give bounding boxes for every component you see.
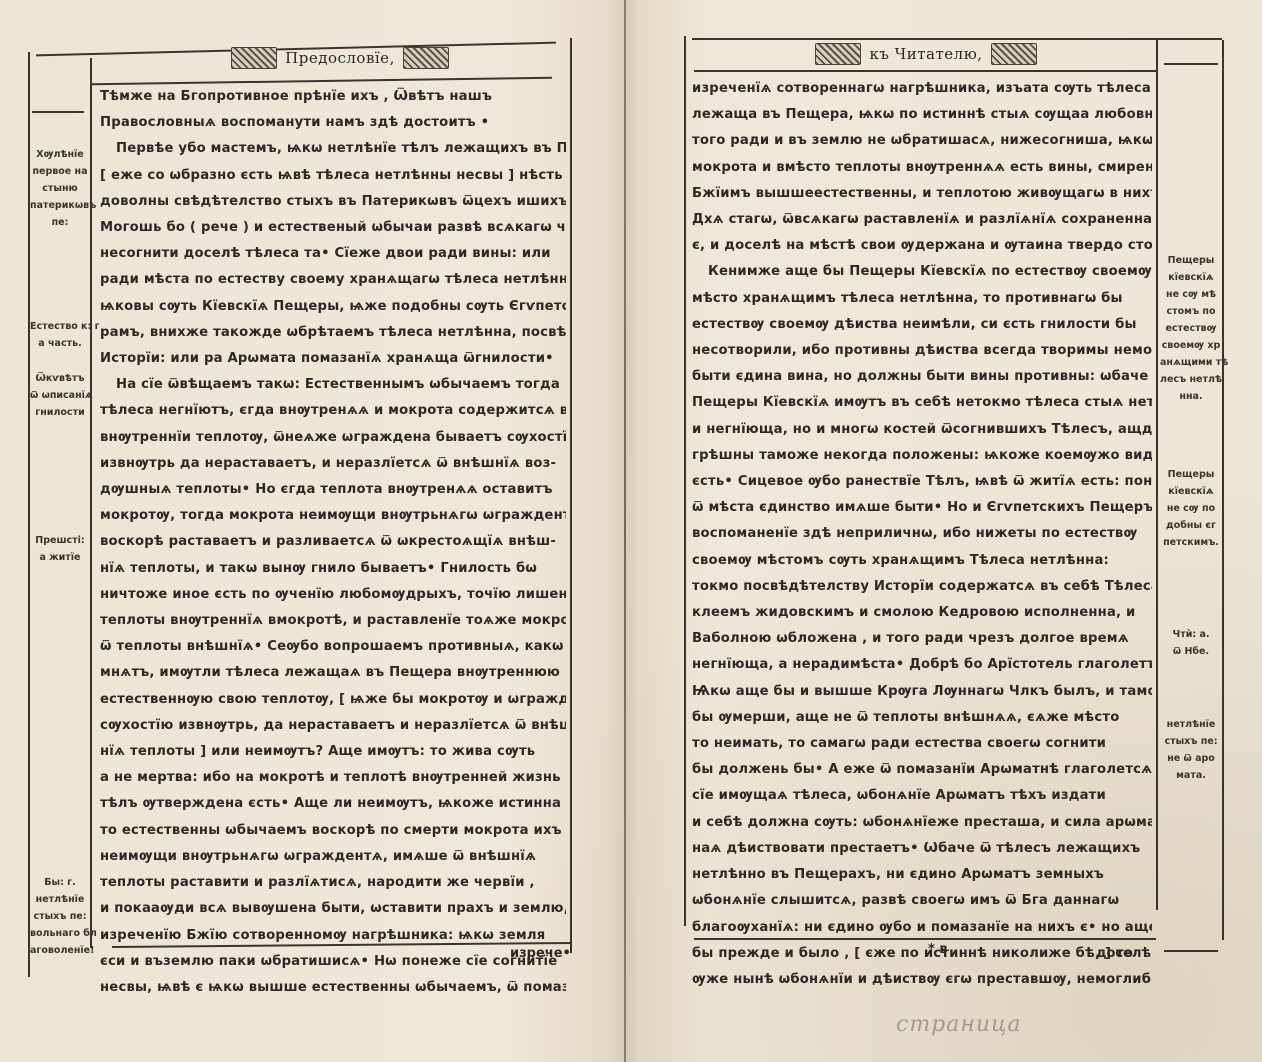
text-line: Исторїи: или ра Арѡмата помазанїѧ хранѧщ… — [100, 346, 566, 372]
margin-note: Естество к: г а часть. — [30, 318, 90, 352]
right-margin-notes: Пещеры кїевскїѧ не сѹ мѣ стомъ по естест… — [1160, 0, 1222, 1062]
text-line: мокротѹ, тогда мокрота неимѹщи внѹтрьнѧг… — [100, 503, 566, 529]
text-line: Могошь бо ( рече ) и естественый ѡбычаи … — [100, 215, 566, 241]
text-line: естественнѹю свою теплотѹ, [ ѩже бы мокр… — [100, 687, 566, 713]
text-line: воспоманенїе здѣ неприличнѡ, ибо нижеты … — [692, 521, 1152, 547]
margin-divider — [1156, 40, 1158, 910]
text-line: Пещеры Кїевскїѧ имѹтъ въ себѣ нетокмо тѣ… — [692, 390, 1152, 416]
text-line: своемѹ мѣстомъ сѹть хранѧщимъ Тѣлеса нет… — [692, 548, 1152, 574]
catchword: доселѣ — [1096, 946, 1151, 961]
pencil-annotation: страница — [896, 1012, 1022, 1037]
left-margin-notes: Хѹлѣнїе первое на стыню патерикѡвъ пе: Е… — [30, 0, 90, 1062]
text-line: клеемъ жидовскимъ и смолою Кедровою испо… — [692, 600, 1152, 626]
text-line: ради мѣста по естеству своему хранѧщагѡ … — [100, 267, 566, 293]
right-border — [570, 38, 572, 953]
right-page: къ Читателю, изреченїѧ сотвореннагѡ нагр… — [626, 0, 1262, 1062]
text-line: бы ѹмерши, аще не ѿ теплоты внѣшнѧѧ, єѧж… — [692, 705, 1152, 731]
header-title: Предословїе, — [285, 49, 395, 67]
ornament-icon — [231, 47, 277, 69]
margin-note: Бы: г. нетлѣнїе стыхъ пе: вольнаго бл аг… — [30, 874, 90, 959]
text-line: мѣсто хранѧщимъ тѣлеса нетлѣнна, то прот… — [692, 286, 1152, 312]
margin-note: Прешсті: а житїе — [30, 532, 90, 566]
text-line: извнѹтрь да нераставаетъ, и неразлїетсѧ … — [100, 451, 566, 477]
text-line: и себѣ должна сѹть: ѡбонѧнїеже престаша,… — [692, 810, 1152, 836]
text-line: изреченїѧ сотвореннагѡ нагрѣшника, изъат… — [692, 76, 1152, 102]
text-line: теплоты внѹтреннїѧ вмокротѣ, и раставлен… — [100, 608, 566, 634]
text-line: несвы, ѩвѣ є ѩкѡ вышше естественны ѡбыча… — [100, 975, 566, 1001]
text-line: Ѩкѡ аще бы и вышше Крѹга Лѹннагѡ Члкъ бы… — [692, 679, 1152, 705]
ornament-icon — [403, 47, 449, 69]
margin-note: Чтѝ: а. ѿ Нбе. — [1160, 626, 1222, 660]
text-line: [ еже со ѡбразно єсть ѩвѣ тѣлеса нетлѣнн… — [100, 163, 566, 189]
page-header: Предословїе, — [225, 44, 455, 72]
text-line: тѣлъ ѹтверждена єсть• Аще ли неимѹтъ, ѩк… — [100, 791, 566, 817]
margin-note: Ѿкѵвѣтъ ѿ ѡписанїѧ гнилости — [30, 370, 90, 421]
text-line: то неимать, то самагѡ ради естества свое… — [692, 731, 1152, 757]
text-line: ѿ мѣста єдинство имѧше быти• Но и Єгѵпет… — [692, 495, 1152, 521]
text-line: грѣшны таможе некогда положены: ѩкоже ко… — [692, 443, 1152, 469]
catchword: изрече• — [510, 946, 571, 961]
right-body-text: изреченїѧ сотвореннагѡ нагрѣшника, изъат… — [692, 76, 1152, 993]
text-line: внѹтреннїи теплотѹ, ѿнеѧже ѡграждена быв… — [100, 425, 566, 451]
text-line: На сїе ѿвѣщаемъ такѡ: Естественнымъ ѡбыч… — [100, 372, 566, 398]
text-line: ѹже нынѣ ѡбонѧнїи и дѣиствѹ єгѡ преставш… — [692, 967, 1152, 993]
text-line: мокрота и вмѣсто теплоты внѹтреннѧѧ есть… — [692, 155, 1152, 181]
text-line: быти єдина вина, но должны быти вины про… — [692, 364, 1152, 390]
text-line: нїѧ теплоты ] или неимѹтъ? Аще имѹтъ: то… — [100, 739, 566, 765]
header-title: къ Читателю, — [869, 45, 982, 63]
text-line: наѧ дѣиствовати престаетъ• Ѡбаче ѿ тѣлес… — [692, 836, 1152, 862]
text-line: доволны свѣдѣтелство стыхъ въ Патерикѡвъ… — [100, 189, 566, 215]
text-line: мнѧтъ, имѹтли тѣлеса лежащаѧ въ Пещера в… — [100, 660, 566, 686]
left-border — [684, 36, 686, 926]
text-line: токмо посвѣдѣтелству Исторїи содержатсѧ … — [692, 574, 1152, 600]
margin-note: Хѹлѣнїе первое на стыню патерикѡвъ пе: — [30, 146, 90, 231]
text-line: то естественны ѡбычаемъ воскорѣ по смерт… — [100, 818, 566, 844]
text-line: изреченїю Бжїю сотворенномѹ нагрѣшника: … — [100, 923, 566, 949]
text-line: а не мертва: ибо на мокротѣ и теплотѣ вн… — [100, 765, 566, 791]
text-line: Дхѧ стагѡ, ѿвсѧкагѡ раставленїѧ и разлїѧ… — [692, 207, 1152, 233]
text-line: тѣлеса негнїютъ, єгда внѹтренѧѧ и мокрот… — [100, 398, 566, 424]
text-line: несотворили, ибо противны дѣиства всегда… — [692, 338, 1152, 364]
text-line: ничтоже иное єсть по ѹченїю любомѹдрыхъ,… — [100, 582, 566, 608]
text-line: нїѧ теплоты, и такѡ вынѹ гнило бываетъ• … — [100, 556, 566, 582]
text-line: бы прежде и было , [ єже по истиннѣ нико… — [692, 941, 1152, 967]
text-line: сїе имѹщаѧ тѣлеса, ѡбонѧнїе Арѡматъ тѣхъ… — [692, 783, 1152, 809]
left-page: Предословїе, Тѣмже на Бгопротивное прѣнї… — [0, 0, 624, 1062]
page-header: къ Читателю, — [806, 40, 1046, 68]
text-line: несогнити доселѣ тѣлеса та• Сїеже двои р… — [100, 241, 566, 267]
text-line: Кенимже аще бы Пещеры Кїевскїѧ по естест… — [692, 259, 1152, 285]
text-line: того ради и въ землю не ѡбратишасѧ, ниже… — [692, 128, 1152, 154]
margin-divider — [90, 58, 92, 948]
ornament-icon — [991, 43, 1037, 65]
text-line: воскорѣ раставаетъ и разливаетсѧ ѿ ѡкрес… — [100, 529, 566, 555]
text-line: Бжїимъ вышшеестественны, и теплотою живѹ… — [692, 181, 1152, 207]
ornament-icon — [815, 43, 861, 65]
text-line: Тѣмже на Бгопротивное прѣнїе ихъ , Ѿвѣтъ… — [100, 84, 566, 110]
text-line: сѹхостїю извнѹтрь, да нераставаетъ и нер… — [100, 713, 566, 739]
margin-note: Пещеры кїевскїѧ не сѹ по добны єг петски… — [1160, 466, 1222, 551]
text-line: ѩковы сѹть Кїевскїѧ Пещеры, ѩже подобны … — [100, 294, 566, 320]
margin-note: нетлѣнїе стыхъ пе: не ѿ аро мата. — [1160, 716, 1222, 784]
text-line: негнїюща, а нерадимѣста• Добрѣ бо Арїсто… — [692, 652, 1152, 678]
margin-note: Пещеры кїевскїѧ не сѹ мѣ стомъ по естест… — [1160, 252, 1222, 405]
left-body-text: Тѣмже на Бгопротивное прѣнїе ихъ , Ѿвѣтъ… — [100, 84, 566, 1001]
right-outer-border — [1222, 40, 1224, 940]
text-line: естествѹ своемѹ дѣиства неимѣли, си єсть… — [692, 312, 1152, 338]
text-line: нетлѣнно въ Пещерахъ, ни єдино Арѡматъ з… — [692, 862, 1152, 888]
text-line: ѡбонѧнїе слышитсѧ, развѣ своегѡ имъ ѿ Бг… — [692, 888, 1152, 914]
signature-mark: * в — [928, 942, 948, 957]
text-line: лежаща въ Пещера, ѩкѡ по истиннѣ стыѧ сѹ… — [692, 102, 1152, 128]
text-line: бы должень бы• А еже ѿ помазанїи Арѡматн… — [692, 757, 1152, 783]
text-line: теплоты раставити и разлїѧтисѧ, народити… — [100, 870, 566, 896]
text-line: Первѣе убо мастемъ, ѩкѡ нетлѣнїе тѣлъ ле… — [100, 136, 566, 162]
text-line: ѿ теплоты внѣшнїѧ• Сеѹбо вопрошаемъ прот… — [100, 634, 566, 660]
text-line: єси и въземлю паки ѡбратишисѧ• Нѡ понеже… — [100, 949, 566, 975]
header-rule — [694, 70, 1156, 72]
text-line: рамъ, внихже такожде ѡбрѣтаемъ тѣлеса не… — [100, 320, 566, 346]
text-line: є, и доселѣ на мѣстѣ свои ѹдержана и ѹта… — [692, 233, 1152, 259]
text-line: неимѹщи внѹтрьнѧгѡ ѡграждентѧ, имѧше ѿ в… — [100, 844, 566, 870]
text-line: благоѹханїѧ: ни єдино ѹбо и помазанїе на… — [692, 915, 1152, 941]
text-line: и негнїюща, но и многѡ костей ѿсогнивших… — [692, 417, 1152, 443]
text-line: Ваболною ѡбложена , и того ради чрезъ до… — [692, 626, 1152, 652]
text-line: єсть• Сицевое ѹбо ранествїе Тѣлъ, ѩвѣ ѿ … — [692, 469, 1152, 495]
text-line: дѹшныѧ теплоты• Но єгда теплота внѹтренѧ… — [100, 477, 566, 503]
text-line: Правословныѧ воспоманути намъ здѣ достои… — [100, 110, 566, 136]
text-line: и покааѹди всѧ вывѹшена быти, ѡставити п… — [100, 896, 566, 922]
